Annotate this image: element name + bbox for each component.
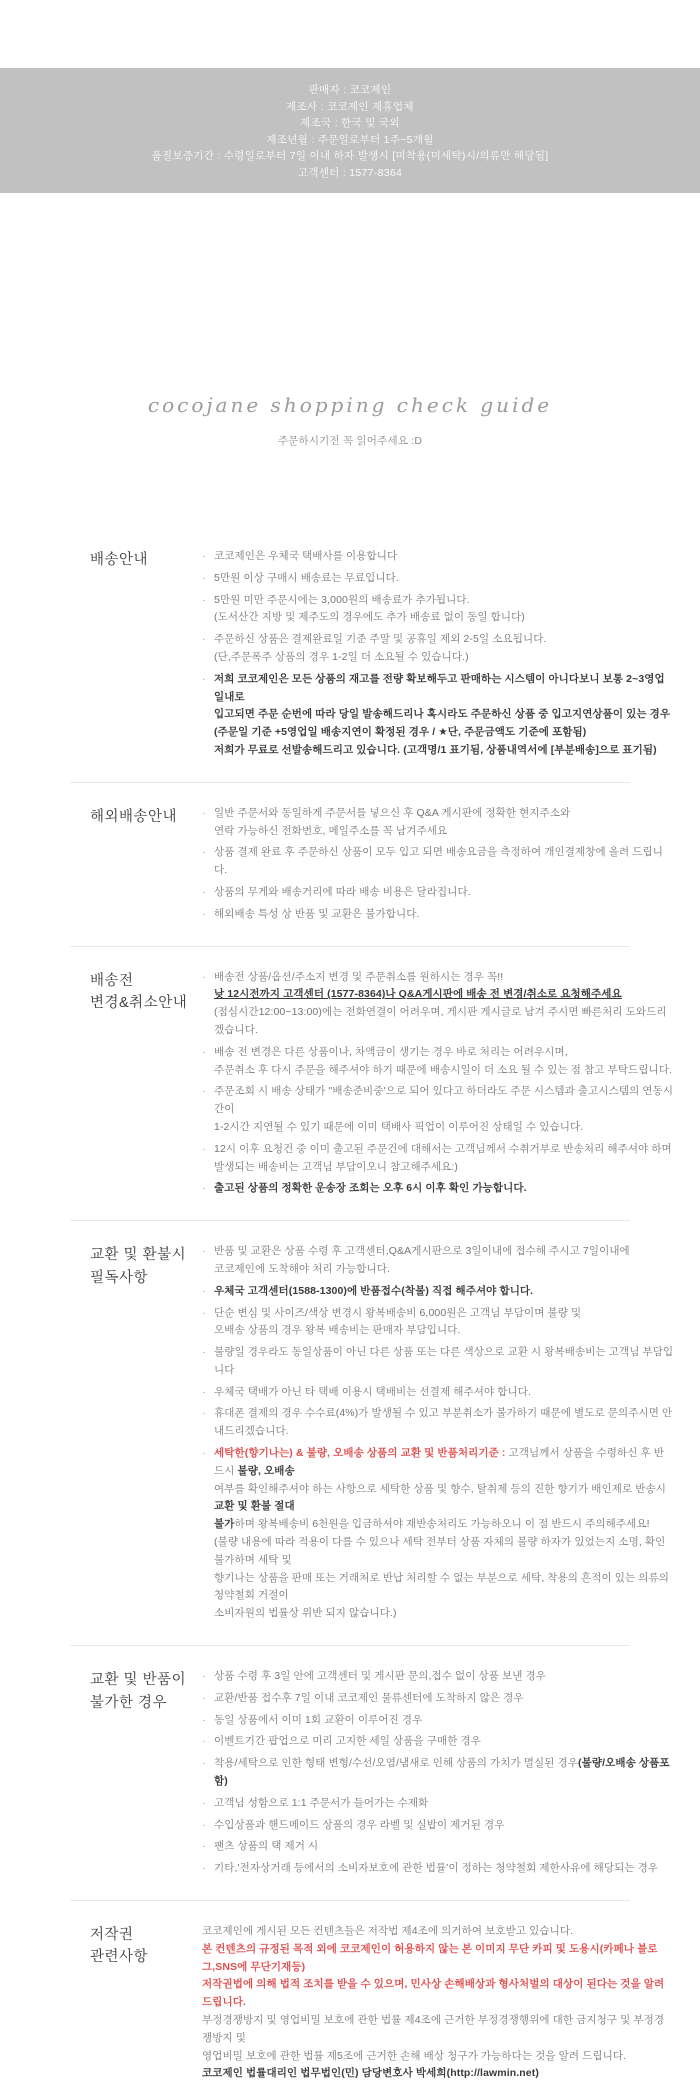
guide-line: ·상품의 무게와 배송거리에 따라 배송 비용은 달라집니다.	[202, 884, 674, 902]
guide-line: ·이벤트기간 팝업으로 미리 고지한 세일 상품을 구매한 경우	[202, 1733, 674, 1751]
section-copyright: 저작권관련사항코코제인에 게시된 모든 컨텐츠들은 저작법 제4조에 의거하여 …	[0, 1923, 700, 2083]
guide-line: 불가하며 왕복배송비 6천원을 입금하셔야 재반송처리도 가능하오니 이 점 반…	[202, 1516, 674, 1534]
bullet-icon: ·	[202, 1733, 214, 1751]
guide-line: ·일반 주문서와 동일하게 주문서를 넣으신 후 Q&A 게시판에 정확한 현지…	[202, 805, 674, 823]
section-divider	[70, 1900, 630, 1901]
bullet-icon: ·	[202, 1283, 214, 1301]
section-title: 저작권관련사항	[90, 1923, 202, 1969]
guide-line: 영업비밀 보호에 관한 법률 제5조에 근거한 손해 배상 청구가 가능하다는 …	[202, 2048, 674, 2066]
section-shipping-guide: 배송안내·코코제인은 우체국 택배사를 이용합니다·5만원 이상 구매시 배송료…	[0, 548, 700, 760]
section-title: 배송전변경&취소안내	[90, 969, 202, 1015]
bullet-icon: ·	[202, 631, 214, 649]
guide-line: ·동일 상품에서 이미 1회 교환이 이루어진 경우	[202, 1712, 674, 1730]
product-info-line: 품질보증기간 : 수령일로부터 7일 이내 하자 발생시 [미착용(미세탁)시/…	[0, 148, 700, 165]
guide-line: 코코제인에 도착해야 처리 가능합니다.	[202, 1261, 674, 1279]
section-title: 배송안내	[90, 548, 202, 571]
guide-line: 코코제인 법률대리인 법무법인(민) 담당변호사 박세희(http://lawm…	[202, 2065, 674, 2083]
guide-line: 연락 가능하신 전화번호, 메일주소를 꼭 남겨주세요	[202, 823, 674, 841]
guide-line: ·팬츠 상품의 택 제거 시	[202, 1838, 674, 1856]
guide-line: 부정경쟁방지 및 영업비밀 보호에 관한 법률 제4조에 근거한 부정경쟁행위에…	[202, 2012, 674, 2048]
guide-line: ·반품 및 교환은 상품 수령 후 고객센터,Q&A게시판으로 3일이내에 접수…	[202, 1243, 674, 1261]
bullet-icon: ·	[202, 1445, 214, 1463]
guide-line: 발생되는 배송비는 고객님 부담이오니 참고해주세요:)	[202, 1159, 674, 1177]
section-pre-shipping-change-cancel: 배송전변경&취소안내·배송전 상품/옵션/주소지 변경 및 주문취소를 원하시는…	[0, 969, 700, 1199]
guide-line: 향기나는 상품을 판매 또는 거래처로 반납 처리할 수 없는 부분으로 세탁,…	[202, 1570, 674, 1606]
script-logo-title: cocojane shopping check guide	[0, 393, 700, 417]
bullet-icon: ·	[202, 1141, 214, 1159]
guide-line: 본 컨텐츠의 규정된 목적 외에 코코제인이 허용하지 않는 본 이미지 무단 …	[202, 1941, 674, 1977]
guide-line: 소비자원의 법률상 위반 되지 않습니다.)	[202, 1605, 674, 1623]
guide-line: 입고되면 주문 순번에 따라 당일 발송해드리나 혹시라도 주문하신 상품 중 …	[202, 706, 674, 724]
guide-line: ·휴대폰 결제의 경우 수수료(4%)가 발생될 수 있고 부분취소가 불가하기…	[202, 1405, 674, 1441]
section-divider	[70, 1645, 630, 1646]
guide-line: ·우체국 고객센터(1588-1300)에 반품접수(착불) 직접 해주셔야 합…	[202, 1283, 674, 1301]
bullet-icon: ·	[202, 906, 214, 924]
section-divider	[70, 946, 630, 947]
guide-line: ·배송 전 변경은 다른 상품이나, 차액금이 생기는 경우 바로 처리는 어려…	[202, 1044, 674, 1062]
intro-subtitle: 주문하시기전 꼭 읽어주세요 :D	[0, 433, 700, 448]
product-info-box: 판매자 : 코코제인제조사 : 코코제인 제휴업체제조국 : 한국 및 국외제조…	[0, 68, 700, 193]
guide-line: 1-2시간 지연될 수 있기 때문에 이미 택배사 픽업이 이루어진 상태일 수…	[202, 1119, 674, 1137]
bullet-icon: ·	[202, 1668, 214, 1686]
bullet-icon: ·	[202, 1243, 214, 1261]
guide-line: ·기타,'전자상거래 등에서의 소비자보호에 관한 법률'이 정하는 청약철회 …	[202, 1860, 674, 1878]
section-exchange-refund-must-read: 교환 및 환불시필독사항·반품 및 교환은 상품 수령 후 고객센터,Q&A게시…	[0, 1243, 700, 1623]
guide-line: ·상품 수령 후 3일 안에 고객센터 및 게시판 문의,접수 없이 상품 보낸…	[202, 1668, 674, 1686]
bullet-icon: ·	[202, 884, 214, 902]
guide-line: (주문일 기준 +5영업일 배송지연이 확정된 경우 / ★단, 주문금액도 기…	[202, 724, 674, 742]
guide-line: ·착용/세탁으로 인한 형태 변형/수선/오염/냄새로 인해 상품의 가치가 멸…	[202, 1755, 674, 1791]
bullet-icon: ·	[202, 1838, 214, 1856]
bullet-icon: ·	[202, 548, 214, 566]
guide-line: 낮 12시전까지 고객센터 (1577-8364)나 Q&A게시판에 배송 전 …	[202, 986, 674, 1004]
section-body: ·일반 주문서와 동일하게 주문서를 넣으신 후 Q&A 게시판에 정확한 현지…	[202, 805, 674, 924]
bullet-icon: ·	[202, 1083, 214, 1101]
guide-line: ·12시 이후 요청건 중 이미 출고된 주문건에 대해서는 고객님께서 수취거…	[202, 1141, 674, 1159]
section-divider	[70, 782, 630, 783]
guide-sections: 배송안내·코코제인은 우체국 택배사를 이용합니다·5만원 이상 구매시 배송료…	[0, 548, 700, 2083]
guide-line: 저희가 무료로 선발송해드리고 있습니다. (고객명/1 표기됨, 상품내역서에…	[202, 742, 674, 760]
guide-line: 저작권법에 의해 법적 조치를 받을 수 있으며, 민사상 손해배상과 형사처벌…	[202, 1976, 674, 2012]
bullet-icon: ·	[202, 1344, 214, 1362]
guide-line: ·저희 코코제인은 모든 상품의 재고를 전량 확보해두고 판매하는 시스템이 …	[202, 671, 674, 707]
guide-line: ·고객님 성함으로 1:1 주문서가 들어가는 수제화	[202, 1795, 674, 1813]
guide-line: 오배송 상품의 경우 왕복 배송비는 판매자 부담입니다.	[202, 1322, 674, 1340]
guide-line: ·5만원 미만 주문시에는 3,000원의 배송료가 추가됩니다.	[202, 592, 674, 610]
product-info-line: 고객센터 : 1577-8364	[0, 165, 700, 182]
section-title: 교환 및 환불시필독사항	[90, 1243, 202, 1289]
bullet-icon: ·	[202, 805, 214, 823]
section-title: 해외배송안내	[90, 805, 202, 828]
bullet-icon: ·	[202, 1690, 214, 1708]
product-info-line: 제조국 : 한국 및 국외	[0, 115, 700, 132]
bullet-icon: ·	[202, 1795, 214, 1813]
guide-line: 주문취소 후 다시 주문을 해주셔야 하기 때문에 배송시일이 더 소요 될 수…	[202, 1062, 674, 1080]
guide-line: (점심시간12:00~13:00)에는 전화연결이 어려우며, 게시판 게시글로…	[202, 1004, 674, 1040]
guide-line: (불량 내용에 따라 적용이 다를 수 있으나 세탁 전부터 상품 자체의 불량…	[202, 1534, 674, 1570]
guide-line: ·해외배송 특성 상 반품 및 교환은 불가합니다.	[202, 906, 674, 924]
section-overseas-shipping-guide: 해외배송안내·일반 주문서와 동일하게 주문서를 넣으신 후 Q&A 게시판에 …	[0, 805, 700, 924]
bullet-icon: ·	[202, 1405, 214, 1423]
section-divider	[70, 1220, 630, 1221]
section-exchange-return-not-allowed: 교환 및 반품이불가한 경우·상품 수령 후 3일 안에 고객센터 및 게시판 …	[0, 1668, 700, 1878]
guide-line: ·코코제인은 우체국 택배사를 이용합니다	[202, 548, 674, 566]
section-body: ·반품 및 교환은 상품 수령 후 고객센터,Q&A게시판으로 3일이내에 접수…	[202, 1243, 674, 1623]
guide-line: ·우체국 택배가 아닌 타 택배 이용시 택배비는 선결제 해주셔야 합니다.	[202, 1384, 674, 1402]
guide-line: ·상품 결제 완료 후 주문하신 상품이 모두 입고 되면 배송요금을 측정하여…	[202, 844, 674, 880]
bullet-icon: ·	[202, 1305, 214, 1323]
guide-line: ·단순 변심 및 사이즈/색상 변경시 왕복배송비 6,000원은 고객님 부담…	[202, 1305, 674, 1323]
product-info-line: 제조사 : 코코제인 제휴업체	[0, 99, 700, 116]
bullet-icon: ·	[202, 1180, 214, 1198]
guide-line: (도서산간 지방 및 제주도의 경우에도 추가 배송료 없이 동일 합니다)	[202, 609, 674, 627]
guide-line: ·교환/반품 접수후 7일 이내 코코제인 물류센터에 도착하지 않은 경우	[202, 1690, 674, 1708]
bullet-icon: ·	[202, 1044, 214, 1062]
guide-line: ·출고된 상품의 정확한 운송장 조회는 오후 6시 이후 확인 가능합니다.	[202, 1180, 674, 1198]
guide-line: ·주문조회 시 배송 상태가 "배송준비중'으로 되어 있다고 하더라도 주문 …	[202, 1083, 674, 1119]
bullet-icon: ·	[202, 570, 214, 588]
bullet-icon: ·	[202, 1384, 214, 1402]
guide-line: ·배송전 상품/옵션/주소지 변경 및 주문취소를 원하시는 경우 꼭!!	[202, 969, 674, 987]
section-body: 코코제인에 게시된 모든 컨텐츠들은 저작법 제4조에 의거하여 보호받고 있습…	[202, 1923, 674, 2083]
guide-line: ·5만원 이상 구매시 배송료는 무료입니다.	[202, 570, 674, 588]
product-info-line: 판매자 : 코코제인	[0, 82, 700, 99]
guide-line: (단,주문폭주 상품의 경우 1-2일 더 소요될 수 있습니다.)	[202, 649, 674, 667]
bullet-icon: ·	[202, 671, 214, 689]
product-info-line: 제조년월 : 주문일로부터 1주~5개월	[0, 132, 700, 149]
guide-line: 코코제인에 게시된 모든 컨텐츠들은 저작법 제4조에 의거하여 보호받고 있습…	[202, 1923, 674, 1941]
section-body: ·상품 수령 후 3일 안에 고객센터 및 게시판 문의,접수 없이 상품 보낸…	[202, 1668, 674, 1878]
bullet-icon: ·	[202, 1817, 214, 1835]
section-body: ·코코제인은 우체국 택배사를 이용합니다·5만원 이상 구매시 배송료는 무료…	[202, 548, 674, 760]
guide-line: ·수입상품과 핸드메이드 상품의 경우 라벨 및 실밥이 제거된 경우	[202, 1817, 674, 1835]
guide-line: 여부를 확인해주셔야 하는 사항으로 세탁한 상품 및 향수, 탈취제 등의 진…	[202, 1481, 674, 1517]
section-body: ·배송전 상품/옵션/주소지 변경 및 주문취소를 원하시는 경우 꼭!!낮 1…	[202, 969, 674, 1199]
bullet-icon: ·	[202, 1755, 214, 1773]
bullet-icon: ·	[202, 1712, 214, 1730]
bullet-icon: ·	[202, 1860, 214, 1878]
bullet-icon: ·	[202, 844, 214, 862]
guide-line: ·세탁한(향기나는) & 불량, 오배송 상품의 교환 및 반품처리기준 : 고…	[202, 1445, 674, 1481]
bullet-icon: ·	[202, 969, 214, 987]
bullet-icon: ·	[202, 592, 214, 610]
guide-line: ·불량일 경우라도 동일상품이 아닌 다른 상품 또는 다른 색상으로 교환 시…	[202, 1344, 674, 1380]
section-title: 교환 및 반품이불가한 경우	[90, 1668, 202, 1714]
guide-line: ·주문하신 상품은 결제완료일 기준 주말 및 공휴일 제외 2-5일 소요됩니…	[202, 631, 674, 649]
